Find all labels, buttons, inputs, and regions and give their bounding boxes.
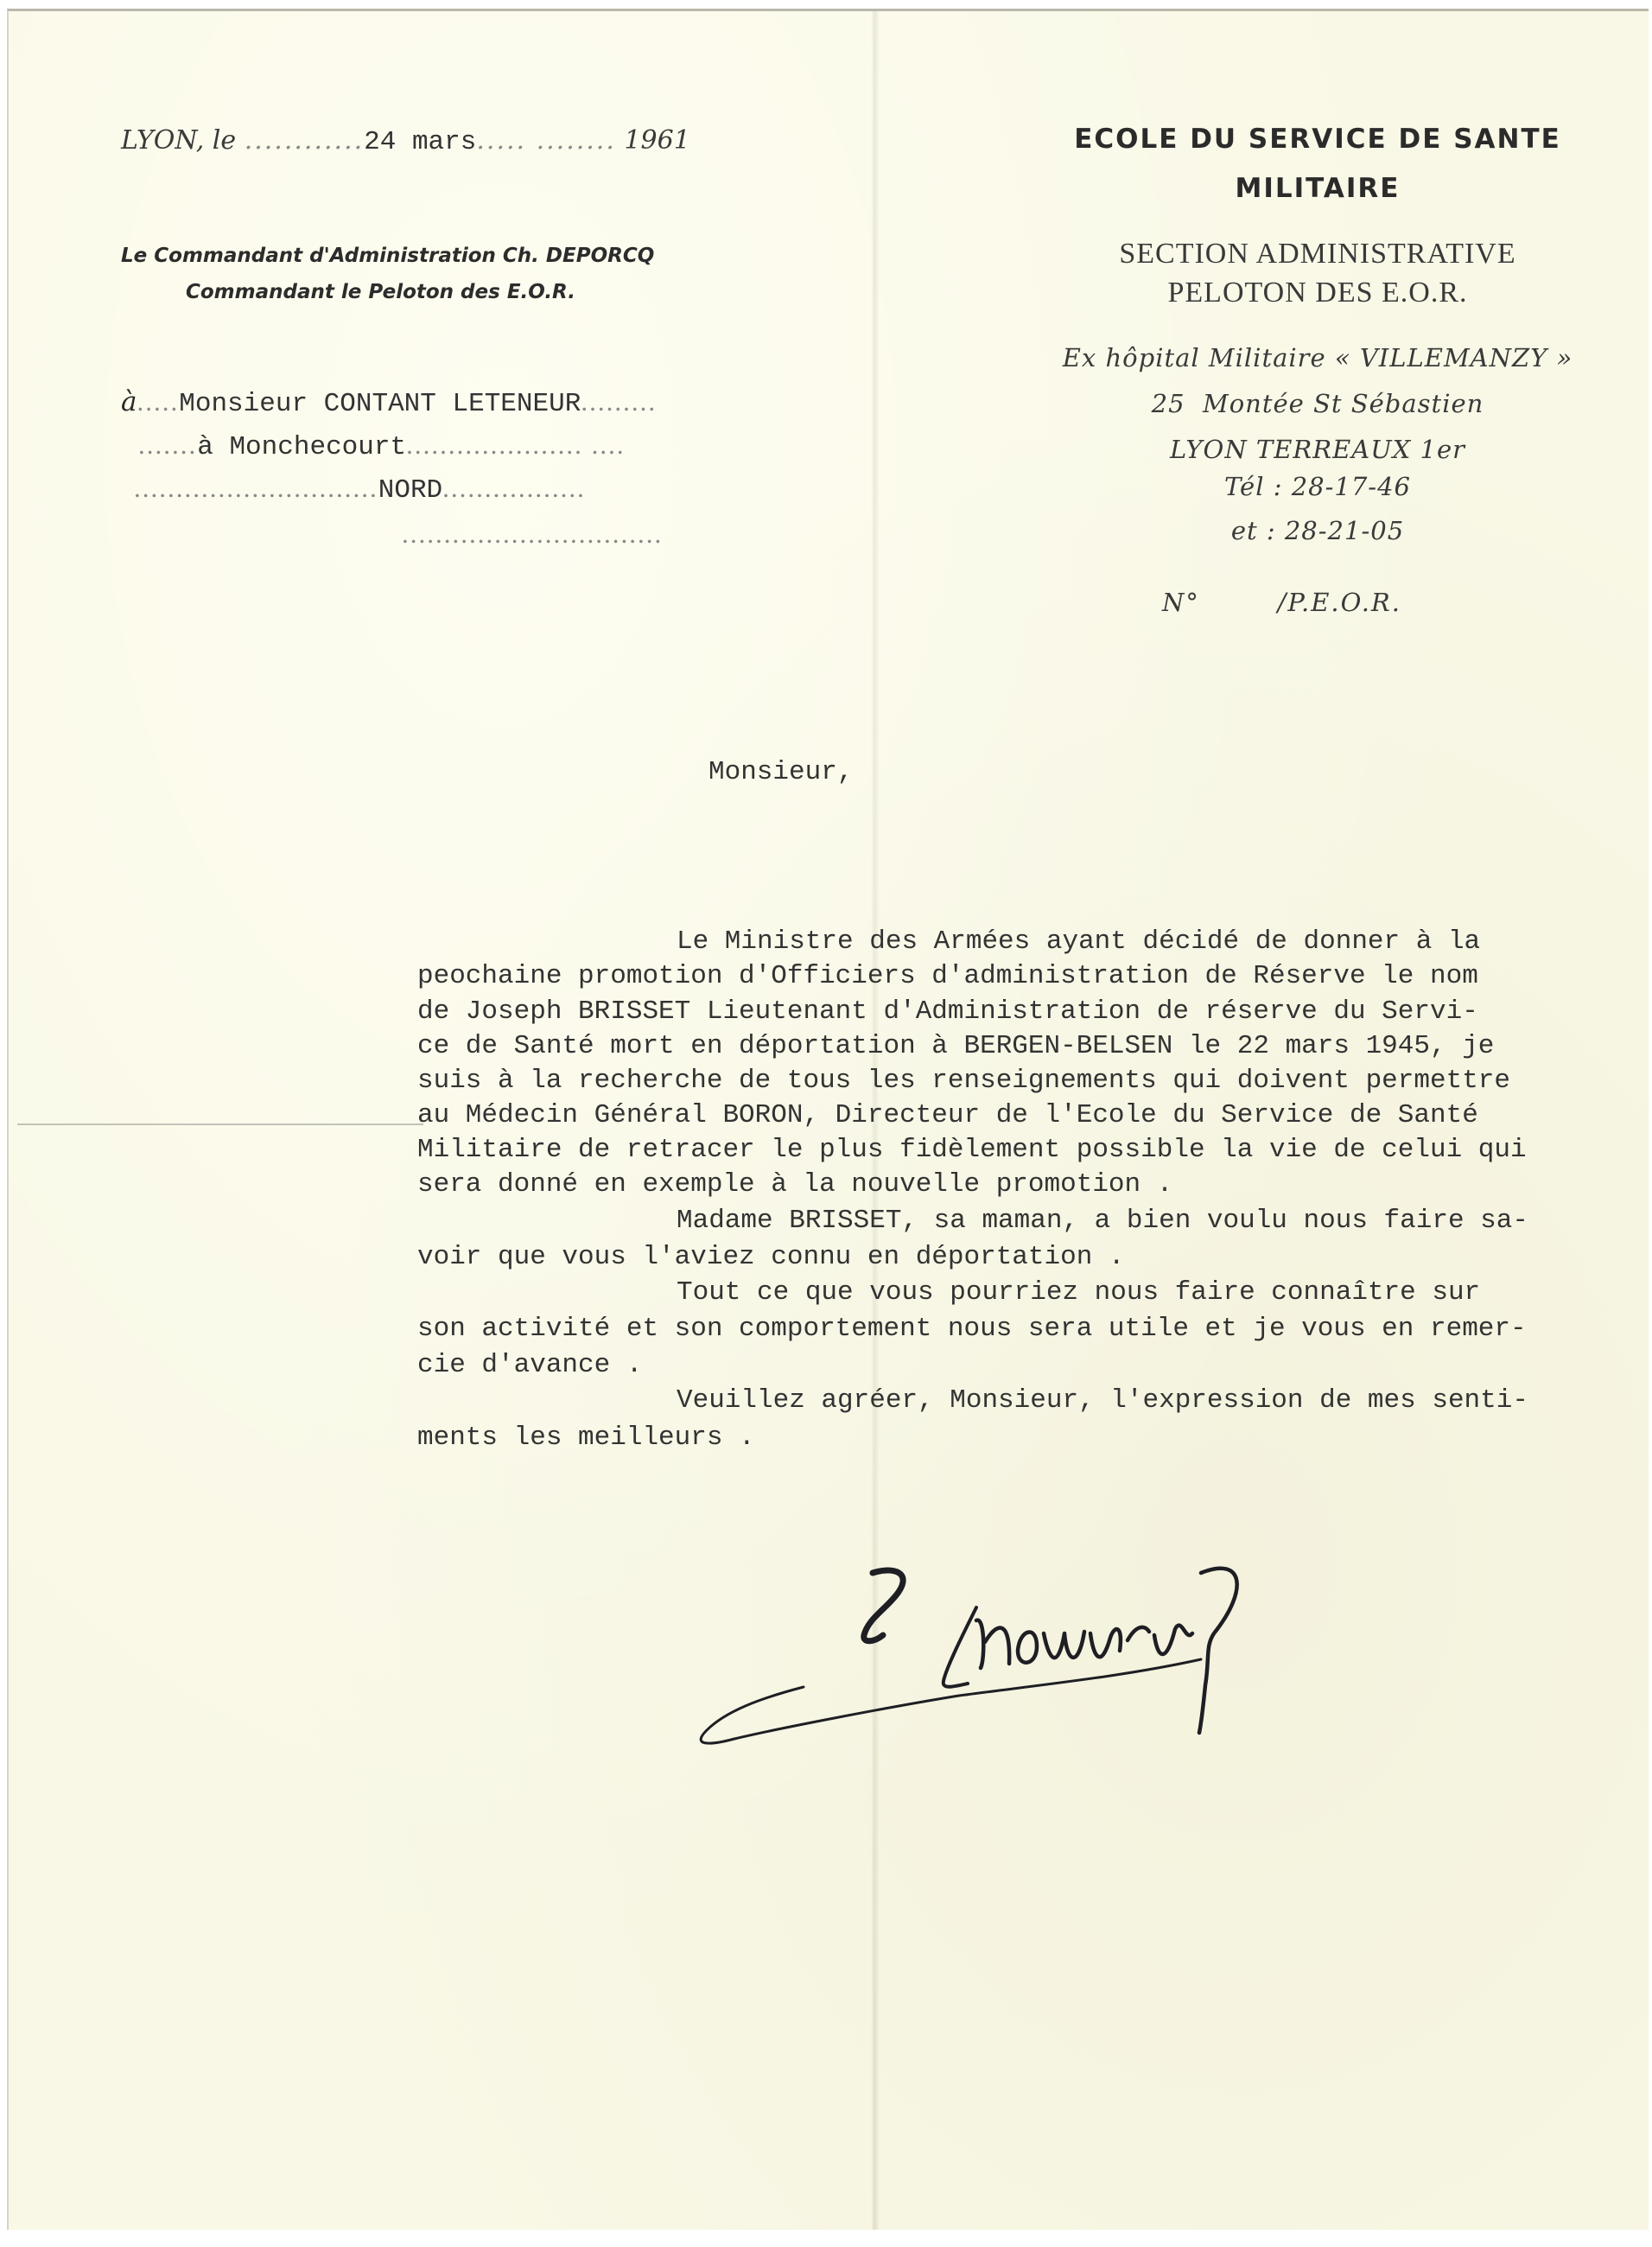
date-day-month: 24 mars [364, 127, 476, 157]
address-building: Ex hôpital Militaire « VILLEMANZY » [1007, 343, 1629, 372]
body-line: Veuillez agréer, Monsieur, l'expression … [677, 1385, 1528, 1416]
body-line: Militaire de retracer le plus fidèlement… [417, 1135, 1527, 1165]
recipient-prefix: à [121, 386, 137, 417]
body-line: son activité et son comportement nous se… [417, 1314, 1527, 1344]
body-line: sera donné en exemple à la nouvelle prom… [417, 1169, 1172, 1200]
body-line: ments les meilleurs . [417, 1423, 755, 1453]
date-dots: ..... ........ [476, 125, 616, 156]
body-line: de Joseph BRISSET Lieutenant d'Administr… [417, 996, 1478, 1027]
reference-number: N° /P.E.O.R. [1162, 588, 1401, 617]
recipient-line-1: à.....Monsieur CONTANT LETENEUR......... [121, 386, 657, 419]
phone-1: Tél : 28-17-46 [1007, 472, 1629, 501]
recipient-line-2: .......à Monchecourt....................… [138, 430, 626, 462]
body-line: voir que vous l'aviez connu en déportati… [417, 1242, 1125, 1272]
body-line: au Médecin Général BORON, Directeur de l… [417, 1100, 1478, 1130]
body-line: Le Ministre des Armées ayant décidé de d… [677, 926, 1480, 957]
section-subname: PELOTON DES E.O.R. [1015, 277, 1620, 309]
section-name: SECTION ADMINISTRATIVE [1015, 238, 1620, 271]
org-name-line2: MILITAIRE [1015, 173, 1620, 204]
body-line: Madame BRISSET, sa maman, a bien voulu n… [677, 1206, 1528, 1236]
phone-2: et : 28-21-05 [1007, 516, 1629, 545]
recipient-department: NORD [378, 475, 442, 506]
recipient-name: Monsieur CONTANT LETENEUR [179, 389, 581, 419]
body-line: peochaine promotion d'Officiers d'admini… [417, 961, 1478, 991]
date-line: LYON, le ............24 mars..... ......… [121, 125, 690, 157]
org-name: ECOLE DU SERVICE DE SANTE [1015, 124, 1620, 155]
date-dots: ............ [245, 125, 364, 156]
date-prefix: LYON, le [121, 125, 236, 156]
body-line: ce de Santé mort en déportation à BERGEN… [417, 1031, 1494, 1061]
recipient-town: à Monchecourt [197, 432, 406, 462]
body-line: suis à la recherche de tous les renseign… [417, 1066, 1510, 1096]
recipient-line-3: .............................NORD.......… [134, 473, 586, 506]
body-line: cie d'avance . [417, 1350, 642, 1380]
address-street: 25 Montée St Sébastien [1007, 389, 1629, 418]
signature-icon [605, 1538, 1313, 1763]
address-city: LYON TERREAUX 1er [1007, 435, 1629, 464]
salutation: Monsieur, [708, 757, 853, 787]
sender-title: Commandant le Peloton des E.O.R. [186, 281, 575, 303]
body-line: Tout ce que vous pourriez nous faire con… [677, 1277, 1480, 1308]
date-year: 1961 [624, 125, 689, 156]
sender-name: Le Commandant d'Administration Ch. DEPOR… [121, 245, 654, 267]
fold-crease [17, 1123, 423, 1125]
recipient-line-4: ............................... [402, 519, 663, 551]
